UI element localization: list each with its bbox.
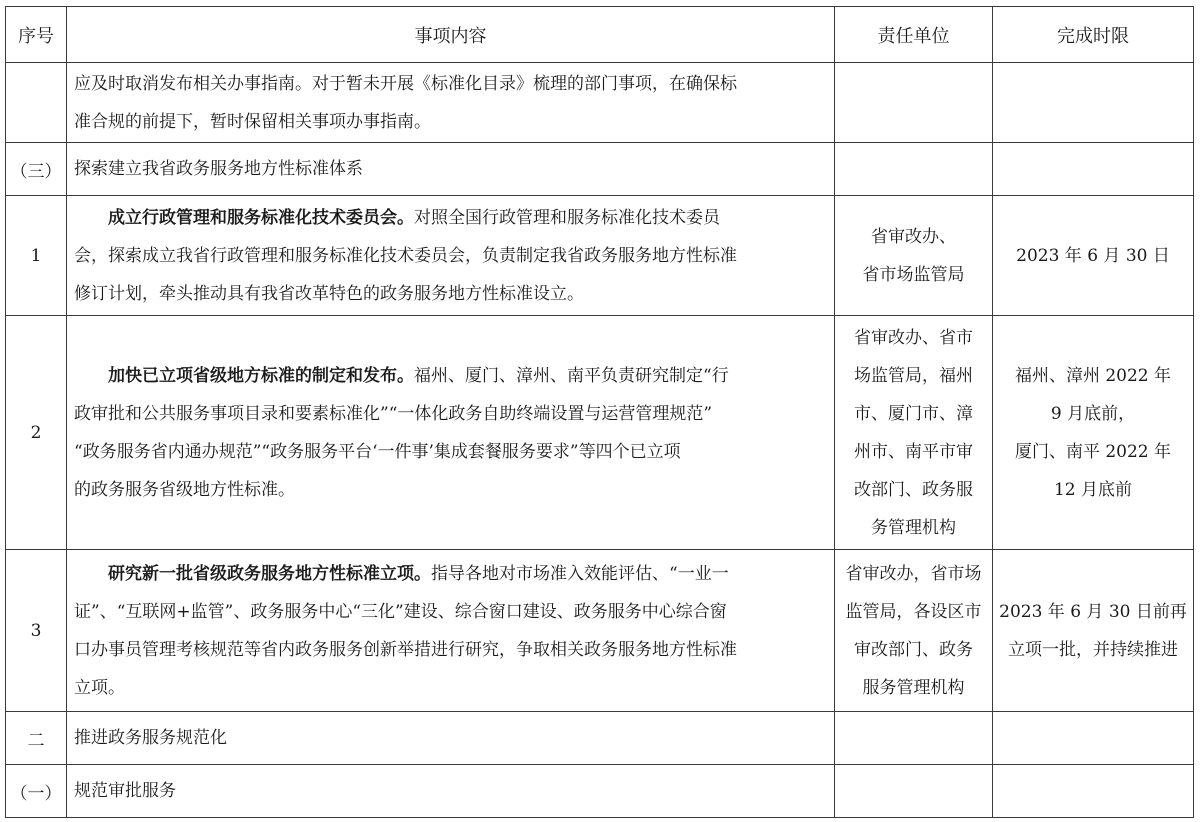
content-line: 的政务服务省级地方性标准。 (74, 471, 828, 509)
content-line: 研究新一批省级政务服务地方性标准立项。指导各地对市场准入效能评估、“一业一 (74, 555, 828, 593)
unit-line: 改部门、政务服 (837, 471, 990, 509)
row-deadline (993, 765, 1194, 818)
header-number: 序号 (6, 7, 67, 63)
content-text: 对照全国行政管理和服务标准化技术委员 (414, 208, 720, 228)
content-line: 应及时取消发布相关办事指南。对于暂未开展《标准化目录》梳理的部门事项，在确保标 (74, 65, 828, 103)
row-responsible-unit (835, 63, 993, 143)
deadline-line: 2023 年 6 月 30 日前再 (995, 593, 1191, 631)
content-line: 证”、“互联网+监管”、政务服务中心“三化”建设、综合窗口建设、政务服务中心综合… (74, 593, 828, 631)
row-number: （一） (6, 765, 67, 818)
content-bold-lead: 成立行政管理和服务标准化技术委员会。 (108, 208, 414, 228)
unit-line: 场监管局，福州 (837, 357, 990, 395)
unit-line: 州市、南平市审 (837, 433, 990, 471)
row-number: （三） (6, 143, 67, 196)
content-line: 政审批和公共服务事项目录和要素标准化”“一体化政务自助终端设置与运营管理规范” (74, 395, 828, 433)
table-row: 应及时取消发布相关办事指南。对于暂未开展《标准化目录》梳理的部门事项，在确保标 … (6, 63, 1194, 143)
row-responsible-unit: 省审改办，省市场 监管局，各设区市 审改部门、政务 服务管理机构 (835, 550, 993, 712)
section-row: 二 推进政务服务规范化 (6, 712, 1194, 765)
section-row: （三） 探索建立我省政务服务地方性标准体系 (6, 143, 1194, 196)
row-deadline: 福州、漳州 2022 年 9 月底前， 厦门、南平 2022 年 12 月底前 (993, 316, 1194, 550)
deadline-line: 2023 年 6 月 30 日 (995, 237, 1191, 275)
row-deadline (993, 63, 1194, 143)
deadline-line: 福州、漳州 2022 年 (995, 357, 1191, 395)
content-line: “政务服务省内通办规范”“政务服务平台‘一件事’集成套餐服务要求”等四个已立项 (74, 433, 828, 471)
content-text: 福州、厦门、漳州、南平负责研究制定“行 (414, 366, 729, 386)
header-content: 事项内容 (67, 7, 835, 63)
section-title: 探索建立我省政务服务地方性标准体系 (67, 143, 835, 196)
row-responsible-unit (835, 143, 993, 196)
content-line: 加快已立项省级地方标准的制定和发布。福州、厦门、漳州、南平负责研究制定“行 (74, 357, 828, 395)
task-table: 序号 事项内容 责任单位 完成时限 应及时取消发布相关办事指南。对于暂未开展《标… (5, 6, 1194, 818)
unit-line: 审改部门、政务 (837, 631, 990, 669)
content-line: 立项。 (74, 669, 828, 707)
content-line: 准合规的前提下，暂时保留相关事项办事指南。 (74, 103, 828, 141)
deadline-line: 立项一批，并持续推进 (995, 631, 1191, 669)
content-text: 指导各地对市场准入效能评估、“一业一 (431, 564, 729, 584)
table-row: 2 加快已立项省级地方标准的制定和发布。福州、厦门、漳州、南平负责研究制定“行 … (6, 316, 1194, 550)
deadline-line: 9 月底前， (995, 395, 1191, 433)
unit-line: 市、厦门市、漳 (837, 395, 990, 433)
unit-line: 服务管理机构 (837, 669, 990, 707)
section-title: 规范审批服务 (67, 765, 835, 818)
row-content: 加快已立项省级地方标准的制定和发布。福州、厦门、漳州、南平负责研究制定“行 政审… (67, 316, 835, 550)
deadline-line: 12 月底前 (995, 471, 1191, 509)
table-row: 1 成立行政管理和服务标准化技术委员会。对照全国行政管理和服务标准化技术委员 会… (6, 196, 1194, 316)
section-row: （一） 规范审批服务 (6, 765, 1194, 818)
row-responsible-unit (835, 712, 993, 765)
header-deadline: 完成时限 (993, 7, 1194, 63)
deadline-line: 厦门、南平 2022 年 (995, 433, 1191, 471)
row-responsible-unit: 省审改办、 省市场监管局 (835, 196, 993, 316)
row-number: 3 (6, 550, 67, 712)
unit-line: 监管局，各设区市 (837, 593, 990, 631)
row-content: 成立行政管理和服务标准化技术委员会。对照全国行政管理和服务标准化技术委员 会，探… (67, 196, 835, 316)
content-line: 成立行政管理和服务标准化技术委员会。对照全国行政管理和服务标准化技术委员 (74, 199, 828, 237)
content-line: 口办事员管理考核规范等省内政务服务创新举措进行研究，争取相关政务服务地方性标准 (74, 631, 828, 669)
row-number: 二 (6, 712, 67, 765)
content-line: 会，探索成立我省行政管理和服务标准化技术委员会，负责制定我省政务服务地方性标准 (74, 237, 828, 275)
unit-line: 省审改办，省市场 (837, 555, 990, 593)
row-responsible-unit (835, 765, 993, 818)
content-line: 修订计划，牵头推动具有我省改革特色的政务服务地方性标准设立。 (74, 275, 828, 313)
header-row: 序号 事项内容 责任单位 完成时限 (6, 7, 1194, 63)
table-row: 3 研究新一批省级政务服务地方性标准立项。指导各地对市场准入效能评估、“一业一 … (6, 550, 1194, 712)
row-number (6, 63, 67, 143)
unit-line: 省审改办、省市 (837, 319, 990, 357)
row-responsible-unit: 省审改办、省市 场监管局，福州 市、厦门市、漳 州市、南平市审 改部门、政务服 … (835, 316, 993, 550)
header-responsible-unit: 责任单位 (835, 7, 993, 63)
content-bold-lead: 加快已立项省级地方标准的制定和发布。 (108, 366, 414, 386)
content-bold-lead: 研究新一批省级政务服务地方性标准立项。 (108, 564, 431, 584)
section-title: 推进政务服务规范化 (67, 712, 835, 765)
unit-line: 省市场监管局 (837, 256, 990, 294)
row-deadline (993, 712, 1194, 765)
row-deadline: 2023 年 6 月 30 日前再 立项一批，并持续推进 (993, 550, 1194, 712)
row-deadline (993, 143, 1194, 196)
row-deadline: 2023 年 6 月 30 日 (993, 196, 1194, 316)
row-number: 2 (6, 316, 67, 550)
row-number: 1 (6, 196, 67, 316)
row-content: 应及时取消发布相关办事指南。对于暂未开展《标准化目录》梳理的部门事项，在确保标 … (67, 63, 835, 143)
row-content: 研究新一批省级政务服务地方性标准立项。指导各地对市场准入效能评估、“一业一 证”… (67, 550, 835, 712)
unit-line: 务管理机构 (837, 509, 990, 547)
unit-line: 省审改办、 (837, 218, 990, 256)
